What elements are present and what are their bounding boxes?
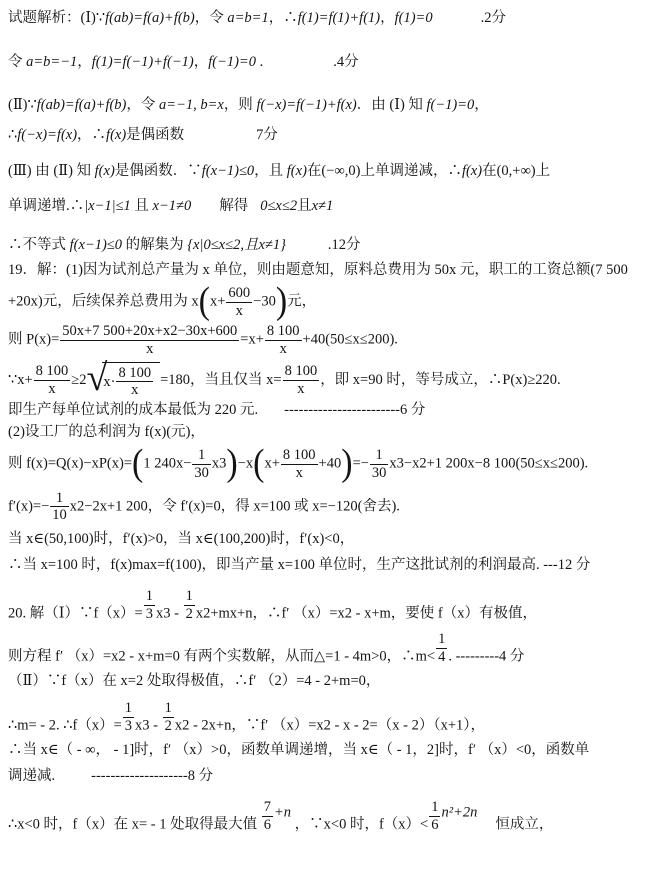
- fraction-denominator: x: [34, 381, 71, 398]
- fraction: 600x: [225, 285, 253, 319]
- text-run: x3 -: [156, 606, 183, 622]
- fraction-numerator: 1: [123, 700, 134, 718]
- text-run: 元，: [287, 294, 316, 310]
- text-run: 在(−∞,0)上单调递减，∴: [307, 163, 462, 179]
- fraction-numerator: 1: [192, 447, 211, 465]
- fraction-denominator: 3: [123, 718, 134, 735]
- fraction: 8 100x: [33, 363, 72, 397]
- fraction-denominator: 6: [262, 817, 273, 834]
- fraction-numerator: 1: [370, 447, 389, 465]
- text-run: f(x−1)≤0: [70, 237, 122, 253]
- fraction-numerator: 8 100: [265, 323, 302, 341]
- text-run: x2+mx+n，∴f′ （x）=x2 - x+m，要使 f（x）有极值，: [196, 606, 537, 622]
- document-line: 调递减.--------------------8 分: [8, 767, 662, 785]
- text-run: ≥2: [71, 372, 86, 388]
- text-run: ，∴: [77, 127, 106, 143]
- fraction: 8 100x: [115, 365, 154, 399]
- text-run: 是偶函数．∵: [115, 163, 202, 179]
- fraction: 76: [261, 799, 274, 833]
- text-run: =−: [353, 456, 369, 472]
- text-run: 19．解：(1)因为试剂总产量为 x 单位，则由题意知，原料总费用为 50x 元…: [8, 262, 628, 278]
- text-run: ．由 (Ⅰ) 知: [357, 97, 427, 113]
- document-line: ∴m= - 2. ∴f（x）=13x3 - 12x2 - 2x+n，∵f′ （x…: [8, 700, 662, 735]
- text-run: 单调递增.∴: [8, 198, 84, 214]
- fraction-denominator: 3: [144, 606, 155, 623]
- text-run: ，则: [224, 97, 257, 113]
- fraction-numerator: 1: [144, 588, 155, 606]
- fraction-numerator: 1: [50, 490, 69, 508]
- document-line: 当 x∈(50,100)时，f′(x)>0，当 x∈(100,200)时，f′(…: [8, 530, 662, 548]
- text-run: =180，当且仅当 x=: [160, 372, 281, 388]
- text-run: x≠1: [312, 198, 334, 214]
- fraction: 130: [369, 447, 390, 481]
- text-run: 即生产每单位试剂的成本最低为 220 元.: [8, 402, 258, 418]
- text-run: 1 240x−: [143, 456, 191, 472]
- document-line: +20x)元，后续保养总费用为 x(x+600x−30)元，: [8, 285, 662, 319]
- raised-text: n²+2n: [441, 804, 477, 820]
- text-run: f′(x)=−: [8, 498, 49, 514]
- document-line: (Ⅱ)∵f(ab)=f(a)+f(b)，令 a=−1, b=x，则 f(−x)=…: [8, 96, 662, 114]
- text-run: 当 x∈(50,100)时，f′(x)>0，当 x∈(100,200)时，f′(…: [8, 531, 354, 547]
- text-run: f(1)=f(−1)+f(−1): [92, 54, 194, 70]
- raised-text: +n: [274, 804, 291, 820]
- fraction: 14: [435, 631, 448, 665]
- document-line: 则 f(x)=Q(x)−xP(x)=(1 240x−130x3)−x(x+8 1…: [8, 447, 662, 481]
- text-run: x3 -: [135, 718, 162, 734]
- text-run: f(−1)=0: [427, 97, 475, 113]
- document-line: ∴当 x∈（ - ∞， - 1]时，f′ （x）>0，函数单调递增，当 x∈（ …: [8, 741, 662, 759]
- text-run: ∴当 x∈（ - ∞， - 1]时，f′ （x）>0，函数单调递增，当 x∈（ …: [8, 742, 589, 758]
- text-run: 是偶函数: [126, 127, 184, 143]
- fraction-denominator: 30: [192, 465, 211, 482]
- text-run: 恒成立，: [495, 817, 553, 833]
- fraction: 50x+7 500+20x+x2−30x+600x: [59, 323, 240, 357]
- text-run: f(x): [287, 163, 307, 179]
- text-run: ，: [194, 54, 209, 70]
- text-run: 0≤x≤2: [260, 198, 297, 214]
- fraction-numerator: 50x+7 500+20x+x2−30x+600: [60, 323, 239, 341]
- text-run: ，: [77, 54, 92, 70]
- big-paren: (: [199, 285, 210, 319]
- big-paren: ): [341, 447, 352, 481]
- fraction-denominator: x: [283, 381, 320, 398]
- text-run: ，且: [254, 163, 287, 179]
- text-run: 且: [297, 198, 312, 214]
- text-run: (Ⅲ) 由 (Ⅱ) 知: [8, 163, 95, 179]
- text-run: a=b=−1: [26, 54, 77, 70]
- text-run: ，: [380, 10, 395, 26]
- fraction: 8 100x: [264, 323, 303, 357]
- document-line: ∴当 x=100 时，f(x)max=f(100)，即当产量 x=100 单位时…: [8, 556, 662, 574]
- text-run: 20. 解（Ⅰ）∵f（x）=: [8, 606, 143, 622]
- fraction-denominator: x: [265, 341, 302, 358]
- fraction: 8 100x: [282, 363, 321, 397]
- document-line: ∵x+8 100x≥2√x·8 100x=180，当且仅当 x=8 100x，即…: [8, 362, 662, 399]
- text-run: ，∵x<0 时，f（x）<: [291, 817, 428, 833]
- fraction: 8 100x: [280, 447, 319, 481]
- fraction: 13: [122, 700, 135, 734]
- document-line: 则方程 f′ （x）=x2 - x+m=0 有两个实数解，从而△=1 - 4m>…: [8, 631, 662, 666]
- text-run: (Ⅱ)∵: [8, 97, 37, 113]
- document-line: 令 a=b=−1，f(1)=f(−1)+f(−1)，f(−1)=0 ..4分: [8, 53, 662, 71]
- fraction: 16: [428, 799, 441, 833]
- text-run: ∴: [8, 127, 17, 143]
- text-run: f(1)=0: [395, 10, 433, 26]
- document-line: 单调递增.∴|x−1|≤1 且 x−1≠0解得0≤x≤2且x≠1: [8, 197, 662, 215]
- fraction-denominator: x: [116, 382, 153, 399]
- fraction-denominator: 6: [429, 817, 440, 834]
- text-run: x3−x2+1 200x−8 100(50≤x≤200).: [389, 456, 588, 472]
- big-paren: (: [132, 447, 143, 481]
- text-run: f(x): [462, 163, 482, 179]
- fraction-denominator: 2: [163, 718, 174, 735]
- text-run: ∵x+: [8, 372, 33, 388]
- text-run: +20x)元，后续保养总费用为 x: [8, 294, 199, 310]
- text-run: 令: [8, 54, 26, 70]
- fraction-numerator: 1: [436, 631, 447, 649]
- text-run: f(ab)=f(a)+f(b): [105, 10, 195, 26]
- text-run: .12分: [328, 237, 361, 253]
- text-run: {x|0≤x≤2,且x≠1}: [187, 237, 286, 253]
- radical-sign-icon: √: [87, 362, 108, 394]
- text-run: ，∴: [269, 10, 298, 26]
- document-line: f′(x)=−110x2−2x+1 200，令 f′(x)=0，得 x=100 …: [8, 490, 662, 524]
- fraction: 12: [162, 700, 175, 734]
- document-line: 则 P(x)=50x+7 500+20x+x2−30x+600x=x+8 100…: [8, 323, 662, 357]
- fraction-numerator: 1: [429, 799, 440, 817]
- document-line: (2)设工厂的总利润为 f(x)(元)，: [8, 423, 662, 441]
- big-paren: ): [276, 285, 287, 319]
- text-run: f(x−1)≤0: [202, 163, 254, 179]
- fraction: 13: [143, 588, 156, 622]
- text-run: +40: [319, 456, 342, 472]
- document-line: 试题解析：(Ⅰ)∵f(ab)=f(a)+f(b)，令 a=b=1，∴f(1)=f…: [8, 9, 662, 27]
- fraction-numerator: 8 100: [283, 363, 320, 381]
- document-line: (Ⅲ) 由 (Ⅱ) 知 f(x)是偶函数．∵f(x−1)≤0，且 f(x)在(−…: [8, 162, 662, 180]
- text-run: （Ⅱ）∵f（x）在 x=2 处取得极值，∴f′ （2）=4 - 2+m=0，: [8, 673, 380, 689]
- text-run: x+: [264, 456, 279, 472]
- document-page: 试题解析：(Ⅰ)∵f(ab)=f(a)+f(b)，令 a=b=1，∴f(1)=f…: [0, 0, 666, 834]
- fraction-numerator: 8 100: [281, 447, 318, 465]
- fraction-denominator: x: [281, 465, 318, 482]
- text-run: f(x): [106, 127, 126, 143]
- text-run: ∴不等式: [8, 237, 70, 253]
- text-run: (2)设工厂的总利润为 f(x)(元)，: [8, 424, 205, 440]
- text-run: ∴当 x=100 时，f(x)max=f(100)，即当产量 x=100 单位时…: [8, 557, 590, 573]
- text-run: 则方程 f′ （x）=x2 - x+m=0 有两个实数解，从而△=1 - 4m>…: [8, 649, 435, 665]
- text-run: 7分: [256, 127, 278, 143]
- radicand: x·8 100x: [102, 362, 160, 399]
- big-paren: (: [253, 447, 264, 481]
- text-run: . ---------4 分: [448, 649, 524, 665]
- text-run: .4分: [333, 54, 358, 70]
- text-run: f(ab)=f(a)+f(b): [37, 97, 127, 113]
- text-run: +40(50≤x≤200).: [303, 332, 398, 348]
- text-run: ，: [474, 97, 489, 113]
- text-run: 试题解析：(Ⅰ)∵: [8, 10, 105, 26]
- text-run: ，即 x=90 时，等号成立，∴P(x)≥220.: [320, 372, 560, 388]
- document-line: ∴f(−x)=f(x)，∴f(x)是偶函数7分: [8, 126, 662, 144]
- text-run: --------------------8 分: [91, 768, 213, 784]
- document-line: 即生产每单位试剂的成本最低为 220 元.-------------------…: [8, 401, 662, 419]
- fraction-numerator: 7: [262, 799, 273, 817]
- text-run: a=b=1: [227, 10, 268, 26]
- text-run: ∴m= - 2. ∴f（x）=: [8, 718, 122, 734]
- document-line: 20. 解（Ⅰ）∵f（x）=13x3 - 12x2+mx+n，∴f′ （x）=x…: [8, 588, 662, 623]
- sqrt-radical: √x·8 100x: [87, 362, 161, 399]
- text-run: .2分: [481, 10, 506, 26]
- fraction-numerator: 8 100: [116, 365, 153, 383]
- text-run: ------------------------6 分: [284, 402, 425, 418]
- text-run: 解得: [219, 198, 248, 214]
- fraction-denominator: 10: [50, 507, 69, 524]
- fraction-denominator: 30: [370, 465, 389, 482]
- text-run: 在(0,+∞)上: [482, 163, 550, 179]
- fraction: 110: [49, 490, 70, 524]
- text-run: 则 P(x)=: [8, 332, 59, 348]
- document-line: ∴x<0 时，f（x）在 x= - 1 处取得最大值 76+n ，∵x<0 时，…: [8, 799, 662, 834]
- text-run: 则 f(x)=Q(x)−xP(x)=: [8, 456, 132, 472]
- fraction-numerator: 1: [163, 700, 174, 718]
- text-run: x2−2x+1 200，令 f′(x)=0，得 x=100 或 x=−120(舍…: [70, 498, 400, 514]
- text-run: 且: [131, 198, 153, 214]
- document-line: 19．解：(1)因为试剂总产量为 x 单位，则由题意知，原料总费用为 50x 元…: [8, 261, 662, 279]
- text-run: −30: [253, 294, 276, 310]
- text-run: ∴x<0 时，f（x）在 x= - 1 处取得最大值: [8, 817, 261, 833]
- text-run: a=−1, b=x: [159, 97, 224, 113]
- fraction: 130: [191, 447, 212, 481]
- text-run: =x+: [240, 332, 264, 348]
- fraction-numerator: 1: [184, 588, 195, 606]
- text-run: x3: [212, 456, 227, 472]
- fraction-numerator: 600: [226, 285, 252, 303]
- text-run: x2 - 2x+n，∵f′ （x）=x2 - x - 2=（x - 2）（x+1…: [175, 718, 485, 734]
- fraction-numerator: 8 100: [34, 363, 71, 381]
- text-run: x+: [210, 294, 225, 310]
- text-run: |x−1|≤1: [84, 198, 131, 214]
- text-run: .: [256, 54, 263, 70]
- text-run: −x: [238, 456, 253, 472]
- text-run: f(−x)=f(−1)+f(x): [256, 97, 356, 113]
- text-run: f(−x)=f(x): [17, 127, 77, 143]
- text-run: 的解集为: [122, 237, 187, 253]
- big-paren: ): [226, 447, 237, 481]
- fraction: 12: [183, 588, 196, 622]
- fraction-denominator: x: [226, 303, 252, 320]
- document-line: ∴不等式 f(x−1)≤0 的解集为 {x|0≤x≤2,且x≠1}.12分: [8, 236, 662, 254]
- text-run: f(1)=f(1)+f(1): [298, 10, 380, 26]
- text-run: x−1≠0: [153, 198, 192, 214]
- text-run: 调递减.: [8, 768, 55, 784]
- text-run: ，令: [195, 10, 228, 26]
- text-run: f(−1)=0: [208, 54, 256, 70]
- text-run: f(x): [95, 163, 115, 179]
- document-line: （Ⅱ）∵f（x）在 x=2 处取得极值，∴f′ （2）=4 - 2+m=0，: [8, 672, 662, 690]
- fraction-denominator: 2: [184, 606, 195, 623]
- fraction-denominator: 4: [436, 649, 447, 666]
- text-run: ，令: [126, 97, 159, 113]
- fraction-denominator: x: [60, 341, 239, 358]
